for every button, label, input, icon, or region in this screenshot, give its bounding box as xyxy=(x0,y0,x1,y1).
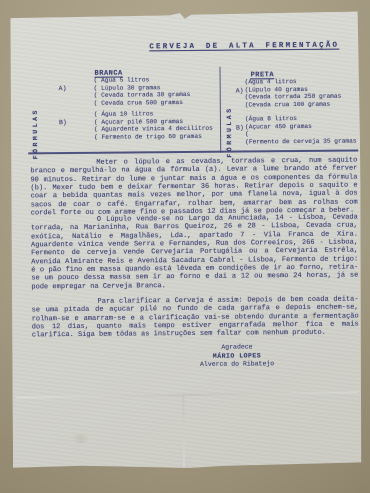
formula-group-label-branca-a: A) xyxy=(59,85,67,92)
formula-lines-preta-b: (Água 8 litros (Açucar 450 gramas ( (Fer… xyxy=(245,115,357,147)
signature-block: Agradece MÁRIO LOPES Alverca do Ribatejo xyxy=(190,343,284,369)
paper-crease-horizontal xyxy=(16,391,358,398)
page-title: CERVEJA DE ALTA FERMENTAÇÃO xyxy=(149,42,339,52)
paragraph-preparation: Meter o lúpulo e as cevadas, torradas e … xyxy=(30,157,357,218)
paper-crease-vertical xyxy=(182,395,184,467)
formulas-vertical-label-left: FÓRMULAS xyxy=(32,74,40,159)
formula-line: (Cevada crua 100 gramas xyxy=(245,101,342,110)
paper-stain xyxy=(73,434,89,444)
formula-line: (Fermento de cerveja 35 gramas xyxy=(245,138,356,147)
paper-sheet: CERVEJA DE ALTA FERMENTAÇÃO FÓRMULAS BRA… xyxy=(9,11,363,469)
signature-place: Alverca do Ribatejo xyxy=(190,360,284,369)
column-divider-line xyxy=(219,67,221,153)
formula-group-label-preta-a: A) xyxy=(236,87,244,94)
formulas-vertical-label-right: FÓRMULAS xyxy=(226,76,234,158)
formula-lines-branca-a: ( Água 5 litros ( Lúpulo 30 gramas ( Cev… xyxy=(94,76,191,108)
photo-background: CERVEJA DE ALTA FERMENTAÇÃO FÓRMULAS BRA… xyxy=(0,0,370,493)
formula-group-label-preta-b: B) xyxy=(236,124,244,131)
paragraph-suppliers: O Lúpulo vende-se no Largo da Anunciada,… xyxy=(31,214,359,292)
horizontal-rule xyxy=(28,149,358,153)
paper-stain xyxy=(308,312,318,320)
formula-table: FÓRMULAS BRANCA A) ( Água 5 litros ( Lúp… xyxy=(9,11,359,14)
formula-line: ( Cevada crua 500 gramas xyxy=(94,99,191,108)
formula-lines-preta-a: (Água 4 litros (Lúpulo 40 gramas (Cevada… xyxy=(245,78,342,110)
formula-lines-branca-b: ( Água 10 litros ( Açucar pilé 500 grama… xyxy=(94,110,213,142)
formula-group-label-branca-b: B) xyxy=(59,119,67,126)
formula-line: ( Fermento de trigo 60 gramas xyxy=(94,133,213,142)
